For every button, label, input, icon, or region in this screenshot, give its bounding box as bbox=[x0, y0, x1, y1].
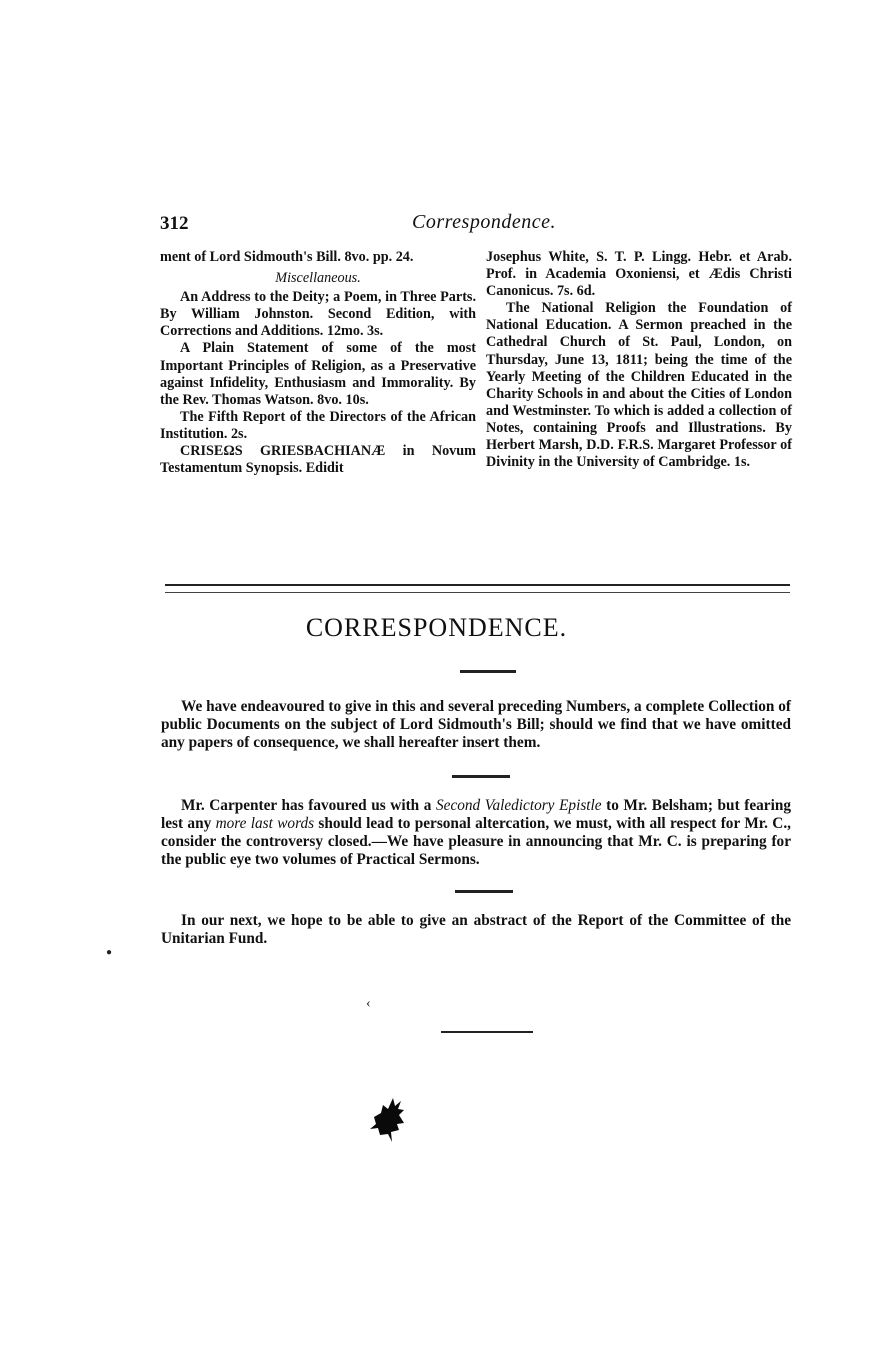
book-entry: An Address to the Deity; a Poem, in Thre… bbox=[160, 289, 476, 340]
correspondence-paragraph: Mr. Carpenter has favoured us with a Sec… bbox=[161, 797, 791, 869]
paragraph-text: Mr. Carpenter has favoured us with a Sec… bbox=[161, 797, 791, 869]
document-page: 312 Correspondence. ment of Lord Sidmout… bbox=[0, 0, 873, 1367]
paragraph-rule bbox=[452, 775, 510, 778]
running-title: Correspondence. bbox=[412, 211, 556, 234]
italic-phrase: more last words bbox=[216, 815, 315, 832]
paragraph-text: In our next, we hope to be able to give … bbox=[161, 912, 791, 948]
book-entry: CRISEΩS GRIESBACHIANÆ in Novum Testament… bbox=[160, 443, 476, 477]
ink-blot-icon bbox=[366, 1096, 410, 1144]
correspondence-paragraph: In our next, we hope to be able to give … bbox=[161, 912, 791, 948]
continuation-text: ment of Lord Sidmouth's Bill. 8vo. pp. 2… bbox=[160, 249, 476, 266]
subheading-miscellaneous: Miscellaneous. bbox=[160, 270, 476, 287]
end-rule bbox=[441, 1031, 533, 1033]
correspondence-paragraph: We have endeavoured to give in this and … bbox=[161, 698, 791, 752]
section-title: CORRESPONDENCE. bbox=[0, 613, 873, 643]
title-rule bbox=[460, 670, 516, 673]
running-head: 312 Correspondence. bbox=[160, 213, 792, 239]
paragraph-rule bbox=[455, 890, 513, 893]
book-entry: A Plain Statement of some of the most Im… bbox=[160, 340, 476, 408]
book-entry: The National Religion the Foundation of … bbox=[486, 300, 792, 471]
continuation-text: Josephus White, S. T. P. Lingg. Hebr. et… bbox=[486, 249, 792, 300]
left-column: ment of Lord Sidmouth's Bill. 8vo. pp. 2… bbox=[160, 249, 476, 477]
right-column: Josephus White, S. T. P. Lingg. Hebr. et… bbox=[486, 249, 792, 471]
page-number: 312 bbox=[160, 213, 189, 235]
italic-title: Second Valedictory Epistle bbox=[436, 797, 602, 814]
paragraph-text: We have endeavoured to give in this and … bbox=[161, 698, 791, 752]
book-entry: The Fifth Report of the Directors of the… bbox=[160, 409, 476, 443]
stray-mark: ‹ bbox=[366, 996, 371, 1012]
section-divider bbox=[165, 584, 790, 593]
stray-dot: ● bbox=[106, 947, 112, 958]
text-run: Mr. Carpenter has favoured us with a bbox=[181, 797, 436, 814]
